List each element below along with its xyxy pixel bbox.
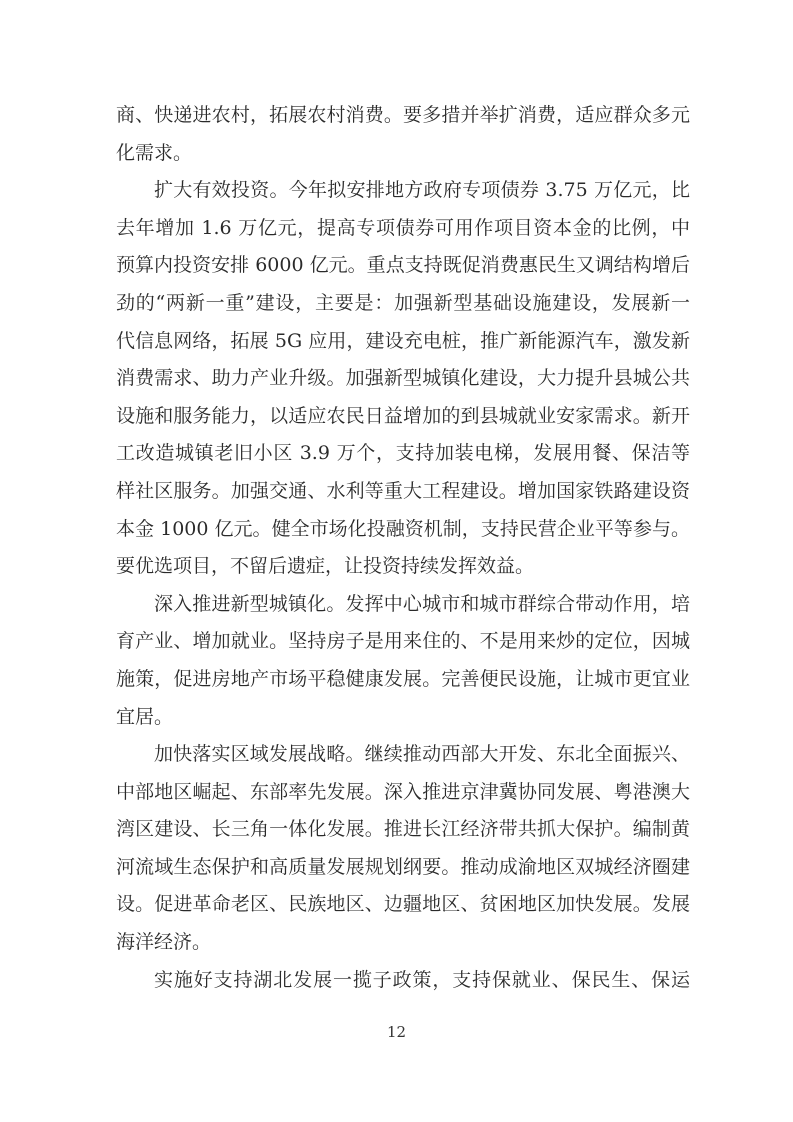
page-number: 12 bbox=[0, 1023, 793, 1041]
text-line: 化需求。 bbox=[116, 135, 690, 173]
text-line: 要优选项目，不留后遗症，让投资持续发挥效益。 bbox=[116, 548, 690, 586]
text-line: 施策，促进房地产市场平稳健康发展。完善便民设施，让城市更宜业 bbox=[116, 661, 690, 699]
text-line: 代信息网络，拓展 5G 应用，建设充电桩，推广新能源汽车，激发新 bbox=[116, 323, 690, 361]
text-line: 样社区服务。加强交通、水利等重大工程建设。增加国家铁路建设资 bbox=[116, 473, 690, 511]
text-line: 加快落实区域发展战略。继续推动西部大开发、东北全面振兴、 bbox=[116, 736, 690, 774]
text-line: 河流域生态保护和高质量发展规划纲要。推动成渝地区双城经济圈建 bbox=[116, 849, 690, 887]
text-line: 实施好支持湖北发展一揽子政策，支持保就业、保民生、保运转， bbox=[116, 962, 690, 1000]
text-line: 湾区建设、长三角一体化发展。推进长江经济带共抓大保护。编制黄 bbox=[116, 811, 690, 849]
text-line: 消费需求、助力产业升级。加强新型城镇化建设，大力提升县城公共 bbox=[116, 360, 690, 398]
text-line: 劲的“两新一重”建设，主要是：加强新型基础设施建设，发展新一 bbox=[116, 285, 690, 323]
document-body-text: 商、快递进农村，拓展农村消费。要多措并举扩消费，适应群众多元化需求。扩大有效投资… bbox=[116, 97, 690, 999]
text-line: 宜居。 bbox=[116, 699, 690, 737]
text-line: 设。促进革命老区、民族地区、边疆地区、贫困地区加快发展。发展 bbox=[116, 886, 690, 924]
text-line: 设施和服务能力，以适应农民日益增加的到县城就业安家需求。新开 bbox=[116, 398, 690, 436]
document-page: 商、快递进农村，拓展农村消费。要多措并举扩消费，适应群众多元化需求。扩大有效投资… bbox=[0, 0, 793, 1122]
text-line: 深入推进新型城镇化。发挥中心城市和城市群综合带动作用，培 bbox=[116, 586, 690, 624]
text-line: 本金 1000 亿元。健全市场化投融资机制，支持民营企业平等参与。 bbox=[116, 511, 690, 549]
text-line: 商、快递进农村，拓展农村消费。要多措并举扩消费，适应群众多元 bbox=[116, 97, 690, 135]
text-line: 海洋经济。 bbox=[116, 924, 690, 962]
text-line: 工改造城镇老旧小区 3.9 万个，支持加装电梯，发展用餐、保洁等多 bbox=[116, 435, 690, 473]
text-line: 预算内投资安排 6000 亿元。重点支持既促消费惠民生又调结构增后 bbox=[116, 247, 690, 285]
text-line: 去年增加 1.6 万亿元，提高专项债券可用作项目资本金的比例，中央 bbox=[116, 210, 690, 248]
text-line: 育产业、增加就业。坚持房子是用来住的、不是用来炒的定位，因城 bbox=[116, 623, 690, 661]
text-line: 扩大有效投资。今年拟安排地方政府专项债券 3.75 万亿元，比 bbox=[116, 172, 690, 210]
text-line: 中部地区崛起、东部率先发展。深入推进京津冀协同发展、粤港澳大 bbox=[116, 774, 690, 812]
